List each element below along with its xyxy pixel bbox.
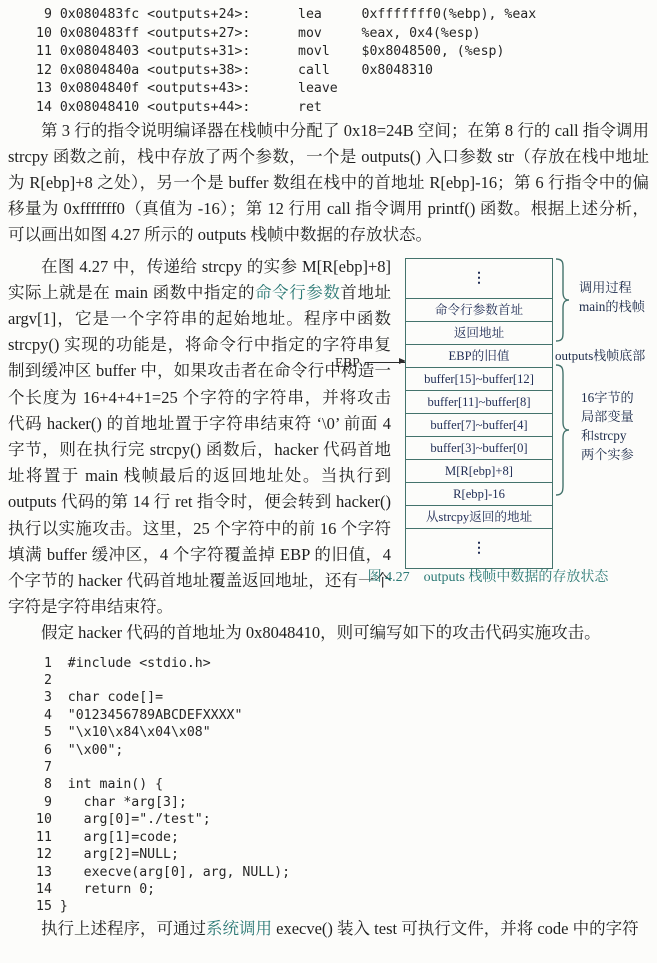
annotation-frame-bottom: outputs栈帧底部 [555, 346, 645, 365]
stack-row-buffer-addr-param: R[ebp]-16 [406, 483, 552, 506]
paragraph-4-text-before: 执行上述程序，可通过 [41, 919, 206, 938]
stack-row-buffer-15-12: buffer[15]~buffer[12] [406, 368, 552, 391]
ebp-pointer: EBP [335, 354, 405, 372]
paragraph-4-text-after: execve() 装入 test 可执行文件，并将 code 中的字符 [272, 919, 639, 938]
stack-figure: EBP ⋮ 命令行参数首址 返回地址 EBP的旧值 buffer[15]~buf… [397, 254, 649, 596]
stack-row-cmdline-arg-addr: 命令行参数首址 [406, 299, 552, 322]
stack-row-old-ebp: EBP的旧值 [406, 345, 552, 368]
stack-row-strcpy-return-addr: 从strcpy返回的地址 [406, 506, 552, 529]
term-system-call: 系统调用 [206, 919, 272, 938]
paragraph-execve: 执行上述程序，可通过系统调用 execve() 装入 test 可执行文件，并将… [8, 916, 649, 942]
stack-row-dots-top: ⋮ [406, 259, 552, 299]
figure-caption: 图 4.27 outputs 栈帧中数据的存放状态 [357, 566, 619, 586]
stack-row-buffer-11-8: buffer[11]~buffer[8] [406, 391, 552, 414]
paragraph-stack-analysis: 第 3 行的指令说明编译器在栈帧中分配了 0x18=24B 空间；在第 8 行的… [8, 118, 649, 249]
brace-main-frame [555, 258, 571, 342]
annotation-locals: 16字节的 局部变量 和strcpy 两个实参 [581, 388, 634, 464]
term-command-line-args: 命令行参数 [255, 283, 340, 302]
ebp-label: EBP [335, 355, 360, 371]
stack-row-dots-bottom: ⋮ [406, 529, 552, 568]
paragraph-assume-hacker-addr: 假定 hacker 代码的首地址为 0x8048410，则可编写如下的攻击代码实… [8, 620, 649, 646]
annotation-main-frame: 调用过程 main的栈帧 [579, 278, 645, 316]
c-attack-code: 1 #include <stdio.h> 2 3 char code[]= 4 … [36, 655, 649, 916]
ebp-arrow-icon [365, 362, 405, 363]
stack-row-str-param: M[R[ebp]+8] [406, 460, 552, 483]
brace-locals-params [555, 364, 571, 496]
text-figure-wrap: EBP ⋮ 命令行参数首址 返回地址 EBP的旧值 buffer[15]~buf… [8, 254, 649, 621]
stack-row-buffer-7-4: buffer[7]~buffer[4] [406, 414, 552, 437]
assembly-listing: 9 0x080483fc <outputs+24>: lea 0xfffffff… [36, 6, 649, 118]
book-page: 9 0x080483fc <outputs+24>: lea 0xfffffff… [0, 0, 657, 963]
paragraph-2-text-after: 首地址 argv[1]，它是一个字符串的起始地址。程序中函数 strcpy() … [8, 283, 391, 616]
stack-table: ⋮ 命令行参数首址 返回地址 EBP的旧值 buffer[15]~buffer[… [405, 258, 553, 569]
stack-row-buffer-3-0: buffer[3]~buffer[0] [406, 437, 552, 460]
stack-row-return-address: 返回地址 [406, 322, 552, 345]
